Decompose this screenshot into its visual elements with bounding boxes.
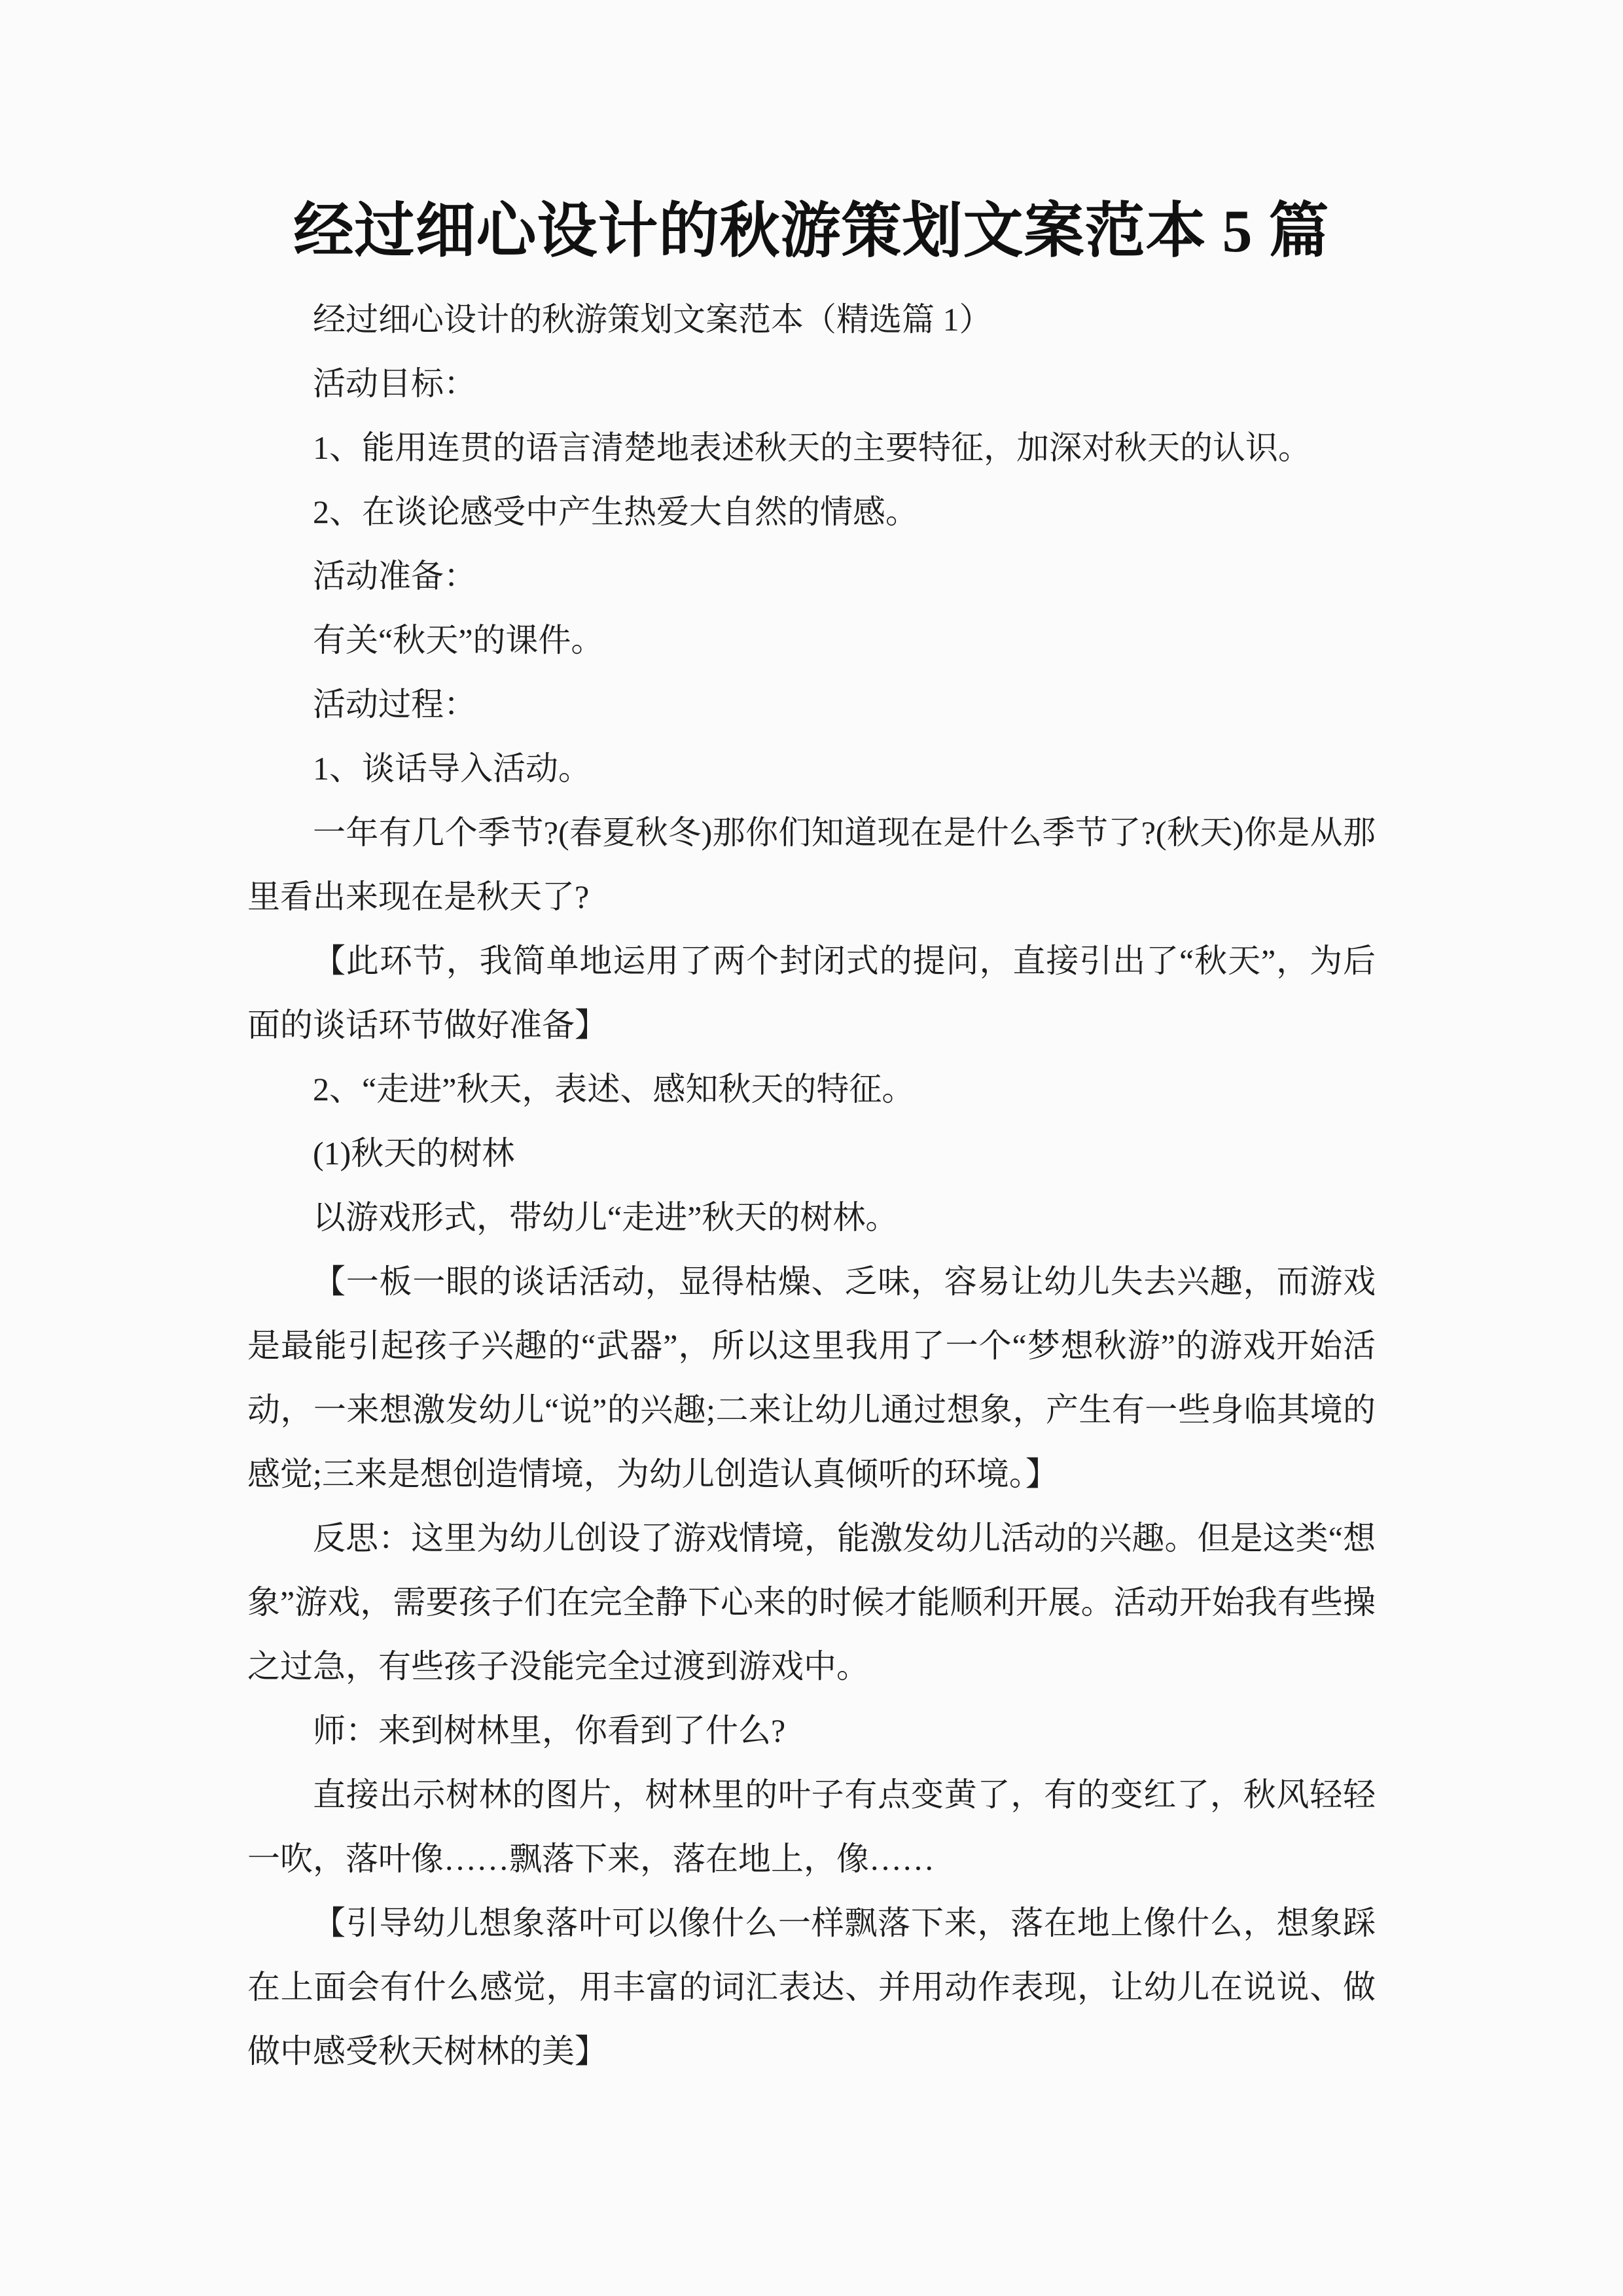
paragraph: 直接出示树林的图片，树林里的叶子有点变黄了，有的变红了，秋风轻轻一吹，落叶像……… — [247, 1763, 1376, 1891]
paragraph: 活动准备： — [247, 544, 1376, 608]
paragraph: 以游戏形式，带幼儿“走进”秋天的树林。 — [247, 1185, 1376, 1249]
paragraph: 2、“走进”秋天，表述、感知秋天的特征。 — [247, 1057, 1376, 1121]
paragraph: 反思：这里为幼儿创设了游戏情境，能激发幼儿活动的兴趣。但是这类“想象”游戏，需要… — [247, 1506, 1376, 1698]
paragraph: 活动目标： — [247, 351, 1376, 416]
document-body: 经过细心设计的秋游策划文案范本（精选篇 1）活动目标：1、能用连贯的语言清楚地表… — [247, 287, 1376, 2083]
paragraph: 活动过程： — [247, 672, 1376, 736]
paragraph: 【引导幼儿想象落叶可以像什么一样飘落下来，落在地上像什么，想象踩在上面会有什么感… — [247, 1891, 1376, 2083]
paragraph: 2、在谈论感受中产生热爱大自然的情感。 — [247, 480, 1376, 544]
document-title: 经过细心设计的秋游策划文案范本 5 篇 — [247, 194, 1376, 269]
paragraph: 【此环节，我简单地运用了两个封闭式的提问，直接引出了“秋天”，为后面的谈话环节做… — [247, 929, 1376, 1057]
paragraph: 一年有几个季节?(春夏秋冬)那你们知道现在是什么季节了?(秋天)你是从那里看出来… — [247, 800, 1376, 929]
paragraph: 经过细心设计的秋游策划文案范本（精选篇 1） — [247, 287, 1376, 351]
paragraph: (1)秋天的树林 — [247, 1121, 1376, 1185]
paragraph: 1、能用连贯的语言清楚地表述秋天的主要特征，加深对秋天的认识。 — [247, 416, 1376, 480]
paragraph: 师：来到树林里，你看到了什么? — [247, 1698, 1376, 1763]
document-page: 经过细心设计的秋游策划文案范本 5 篇 经过细心设计的秋游策划文案范本（精选篇 … — [0, 0, 1623, 2296]
paragraph: 【一板一眼的谈话活动，显得枯燥、乏味，容易让幼儿失去兴趣，而游戏是最能引起孩子兴… — [247, 1249, 1376, 1506]
paragraph: 1、谈话导入活动。 — [247, 736, 1376, 800]
paragraph: 有关“秋天”的课件。 — [247, 608, 1376, 672]
